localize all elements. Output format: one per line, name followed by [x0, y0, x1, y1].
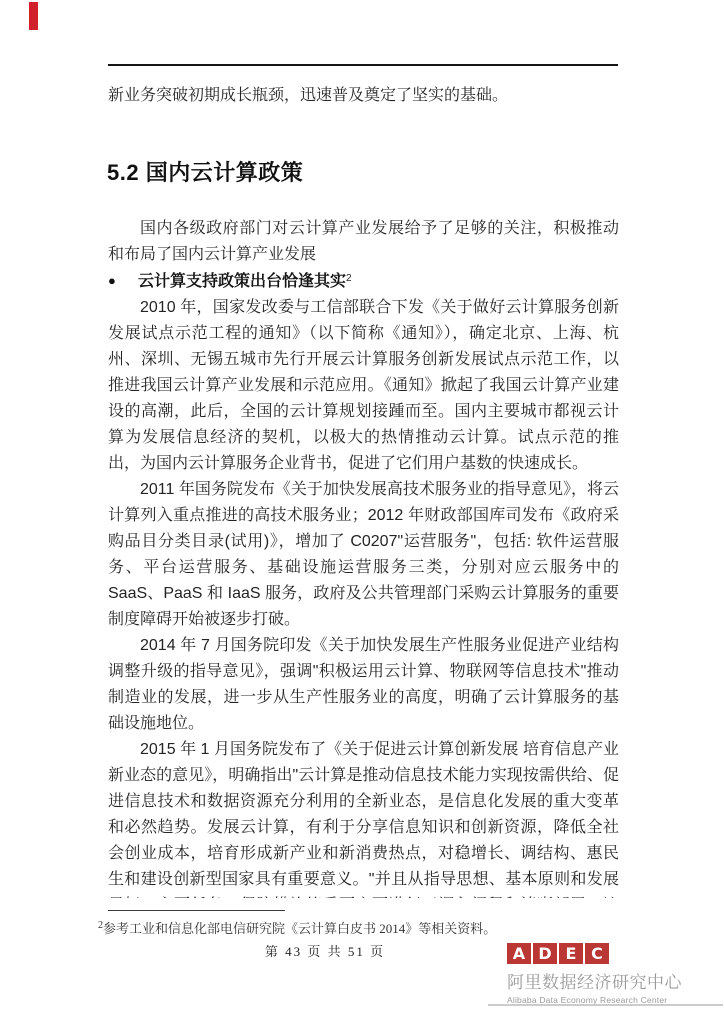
logo-letter-tile: C — [585, 943, 609, 964]
logo-letter-tile: A — [507, 943, 531, 964]
bullet-footnote-ref: 2 — [346, 273, 352, 284]
body-paragraph: 2010 年，国家发改委与工信部联合下发《关于做好云计算服务创新发展试点示范工程… — [108, 295, 619, 477]
adec-logo: A D E C 阿里数据经济研究中心 Alibaba Data Economy … — [507, 943, 707, 1005]
body-paragraph: 2011 年国务院发布《关于加快发展高技术服务业的指导意见》，将云 计算列入重点… — [108, 477, 619, 633]
logo-bottom-rule — [488, 1004, 723, 1006]
footnote: 2参考工业和信息化部电信研究院《云计算白皮书 2014》等相关资料。 — [98, 918, 528, 937]
logo-name-cn: 阿里数据经济研究中心 — [507, 968, 707, 993]
body-paragraph: 2014 年 7 月国务院印发《关于加快发展生产性服务业促进产业结构调整升级的指… — [108, 633, 619, 737]
document-page: 新业务突破初期成长瓶颈，迅速普及奠定了坚实的基础。 5.2 国内云计算政策 国内… — [0, 0, 724, 1024]
body-text-block: 国内各级政府部门对云计算产业发展给予了足够的关注，积极推动和布局了国内云计算产业… — [108, 216, 619, 898]
red-corner-mark — [29, 2, 38, 30]
section-heading: 5.2 国内云计算政策 — [107, 156, 303, 187]
intro-paragraph: 国内各级政府部门对云计算产业发展给予了足够的关注，积极推动和布局了国内云计算产业… — [108, 216, 619, 268]
header-rule — [108, 64, 618, 66]
adec-logo-tiles: A D E C — [507, 943, 707, 964]
footnote-rule — [108, 910, 285, 911]
logo-letter-tile: D — [533, 943, 557, 964]
continuation-paragraph: 新业务突破初期成长瓶颈，迅速普及奠定了坚实的基础。 — [108, 84, 620, 108]
bullet-icon: ● — [108, 268, 138, 294]
bullet-item: ●云计算支持政策出台恰逢其实2 — [108, 268, 619, 295]
logo-letter-tile: E — [559, 943, 583, 964]
footnote-text: 参考工业和信息化部电信研究院《云计算白皮书 2014》等相关资料。 — [103, 921, 496, 936]
bullet-label: 云计算支持政策出台恰逢其实 — [138, 273, 346, 290]
body-paragraph: 2015 年 1 月国务院发布了《关于促进云计算创新发展 培育信息产业新业态的意… — [108, 737, 619, 898]
